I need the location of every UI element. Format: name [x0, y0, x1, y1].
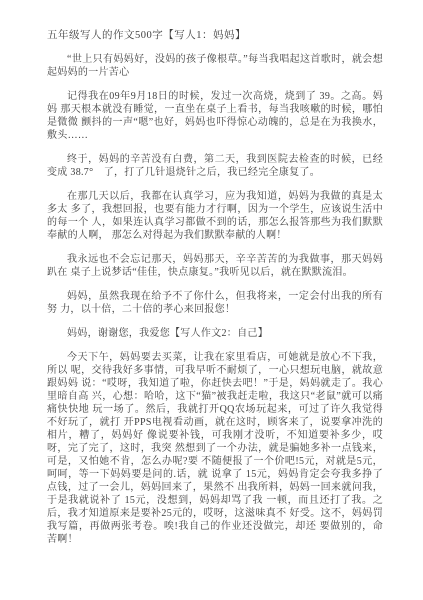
paragraph-study-hard: 在那几天以后，我都在认真学习，应为我知道，妈妈为我做的真是太多太 多了，我想回报…	[47, 190, 383, 242]
paragraph-thanks-and-essay2-heading: 妈妈，谢谢您，我爱您【写人作文2：自己】	[47, 327, 383, 340]
paragraph-repay-mother: 妈妈，虽然我现在给予不了你什么，但我将来，一定会付出我的所有努 力，以十倍，二十…	[47, 290, 383, 316]
paragraph-never-forget: 我永远也不会忘记那天，妈妈那天，辛辛苦苦的为我做事，那天妈妈趴在 桌子上说梦话“…	[47, 253, 383, 279]
paragraph-fever-story: 记得我在09年9月18日的时候，发过一次高烧，烧到了 39。之高。妈妈 那天根本…	[47, 90, 383, 142]
document-page: 五年级写人的作文500字【写人1：妈妈】 “世上只有妈妈好，没妈的孩子像根草。”…	[0, 0, 423, 600]
paragraph-essay2-story: 今天下午，妈妈要去买菜，让我在家里看店，可她就是放心不下我，所以 呢，交待我好多…	[47, 351, 383, 546]
paragraph-recovery: 终于，妈妈的辛苦没有白费，第二天，我到医院去检查的时候，已经变成 38.7° 了…	[47, 153, 383, 179]
paragraph-opening-song: “世上只有妈妈好，没妈的孩子像根草。”每当我唱起这首歌时，就会想起妈妈的一片苦心	[47, 53, 383, 79]
document-title: 五年级写人的作文500字【写人1：妈妈】	[47, 29, 383, 42]
